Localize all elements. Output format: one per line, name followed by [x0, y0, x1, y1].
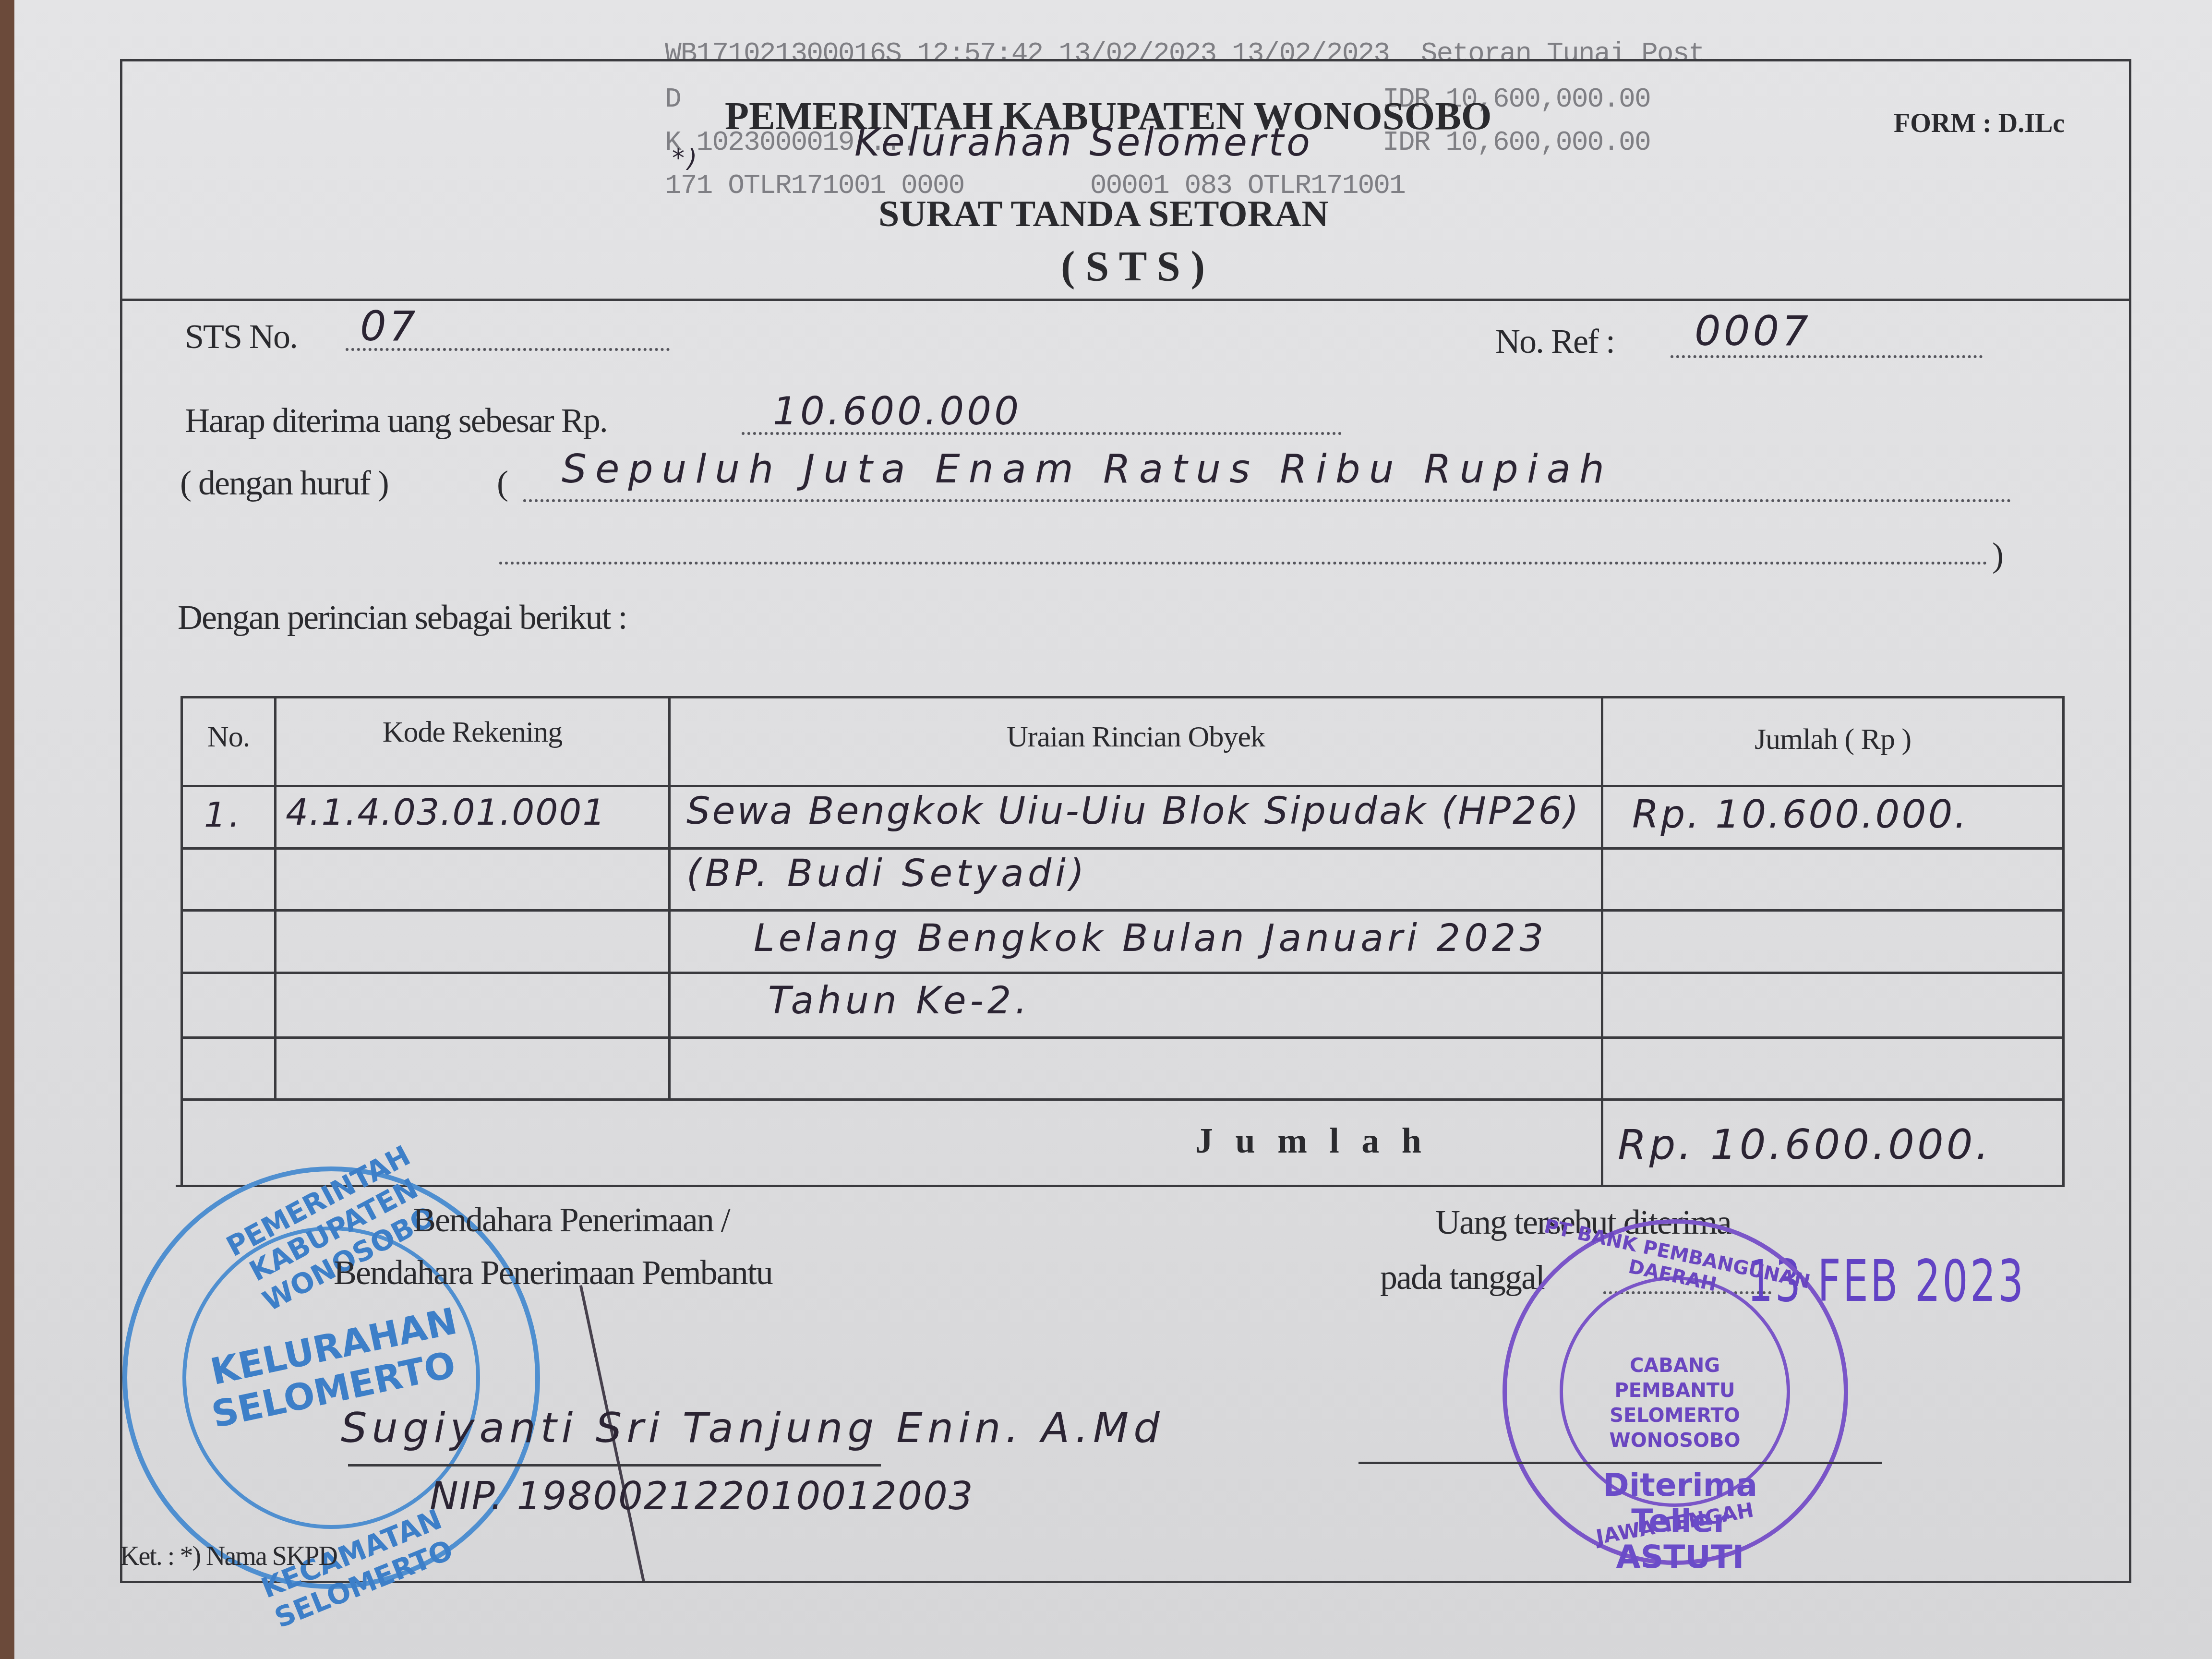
table-row-divider: [180, 847, 2065, 850]
ref-value[interactable]: 0007: [1695, 307, 1811, 355]
skpd-marker: *): [672, 144, 700, 173]
total-value: Rp. 10.600.000.: [1618, 1121, 1992, 1169]
table-total-divider: [180, 1098, 2065, 1101]
words-label: ( dengan huruf ): [180, 463, 388, 503]
ref-label: No. Ref :: [1495, 322, 1614, 361]
row-1-no: 1.: [204, 794, 243, 835]
table-header-kode: Kode Rekening: [276, 715, 668, 749]
signer-role-line-1: Bendahara Penerimaan /: [413, 1200, 730, 1240]
row-1-kode: 4.1.4.03.01.0001: [286, 792, 606, 833]
document-title: SURAT TANDA SETORAN: [878, 192, 1329, 235]
words-line-2: [499, 562, 1987, 565]
table-header-no: No.: [183, 720, 274, 754]
header-divider: [120, 299, 2131, 301]
table-top-border: [180, 696, 2065, 698]
amount-value[interactable]: 10.600.000: [773, 389, 1022, 433]
signer-name: Sugiyanti Sri Tanjung Enin. A.Md: [341, 1404, 1165, 1452]
teller-stamp-line-1: Diterima: [1575, 1467, 1786, 1503]
signer-nip: NIP. 198002122010012003: [430, 1474, 974, 1518]
table-right-border: [2062, 696, 2065, 1187]
words-open-paren: (: [497, 463, 507, 503]
sts-no-value[interactable]: 07: [360, 302, 418, 350]
form-code: FORM : D.ILc: [1894, 108, 2065, 139]
row-1-uraian: Sewa Bengkok Uiu-Uiu Blok Sipudak (HP26): [686, 790, 1581, 833]
teller-stamp-line-2: Teller: [1575, 1503, 1786, 1539]
table-col-divider: [1601, 696, 1603, 1187]
bank-stamp-center: CABANG PEMBANTU SELOMERTO WONOSOBO: [1584, 1353, 1766, 1453]
row-4-uraian: Tahun Ke-2.: [768, 979, 1031, 1022]
table-row-divider: [180, 909, 2065, 912]
words-line-1: [523, 499, 2011, 502]
signer-name-underline: [348, 1464, 881, 1467]
desk-background: [0, 0, 14, 1659]
teller-stamp-line-3: ASTUTI: [1575, 1539, 1786, 1575]
table-left-border: [180, 696, 183, 1187]
table-header-uraian: Uraian Rincian Obyek: [671, 720, 1601, 754]
table-row-divider: [180, 972, 2065, 974]
row-3-uraian: Lelang Bengkok Bulan Januari 2023: [754, 917, 1547, 960]
amount-label: Harap diterima uang sebesar Rp.: [185, 401, 607, 441]
words-close-paren: ): [1992, 535, 2003, 575]
words-value[interactable]: Sepuluh Juta Enam Ratus Ribu Rupiah: [562, 446, 1613, 492]
row-2-uraian: (BP. Budi Setyadi): [686, 852, 1088, 895]
table-header-divider: [180, 785, 2065, 787]
table-row-divider: [180, 1036, 2065, 1039]
footnote: Ket. : *) Nama SKPD: [120, 1541, 337, 1572]
skpd-handwritten-name: Kelurahan Selomerto: [854, 120, 1313, 165]
detail-intro: Dengan perincian sebagai berikut :: [178, 598, 627, 637]
received-line-2: pada tanggal: [1380, 1258, 1544, 1298]
table-header-jumlah: Jumlah ( Rp ): [1603, 722, 2062, 757]
sts-no-label: STS No.: [185, 317, 297, 357]
document-subtitle: ( S T S ): [1061, 242, 1205, 291]
signer-role-line-2: Bendahara Penerimaan Pembantu: [334, 1253, 772, 1293]
total-label: J u m l a h: [1195, 1121, 1428, 1162]
ref-line: [1671, 355, 1983, 358]
row-1-jumlah: Rp. 10.600.000.: [1632, 792, 1969, 837]
table-col-divider: [668, 696, 671, 1101]
table-col-divider: [274, 696, 276, 1101]
teller-signature-line: [1358, 1462, 1882, 1464]
